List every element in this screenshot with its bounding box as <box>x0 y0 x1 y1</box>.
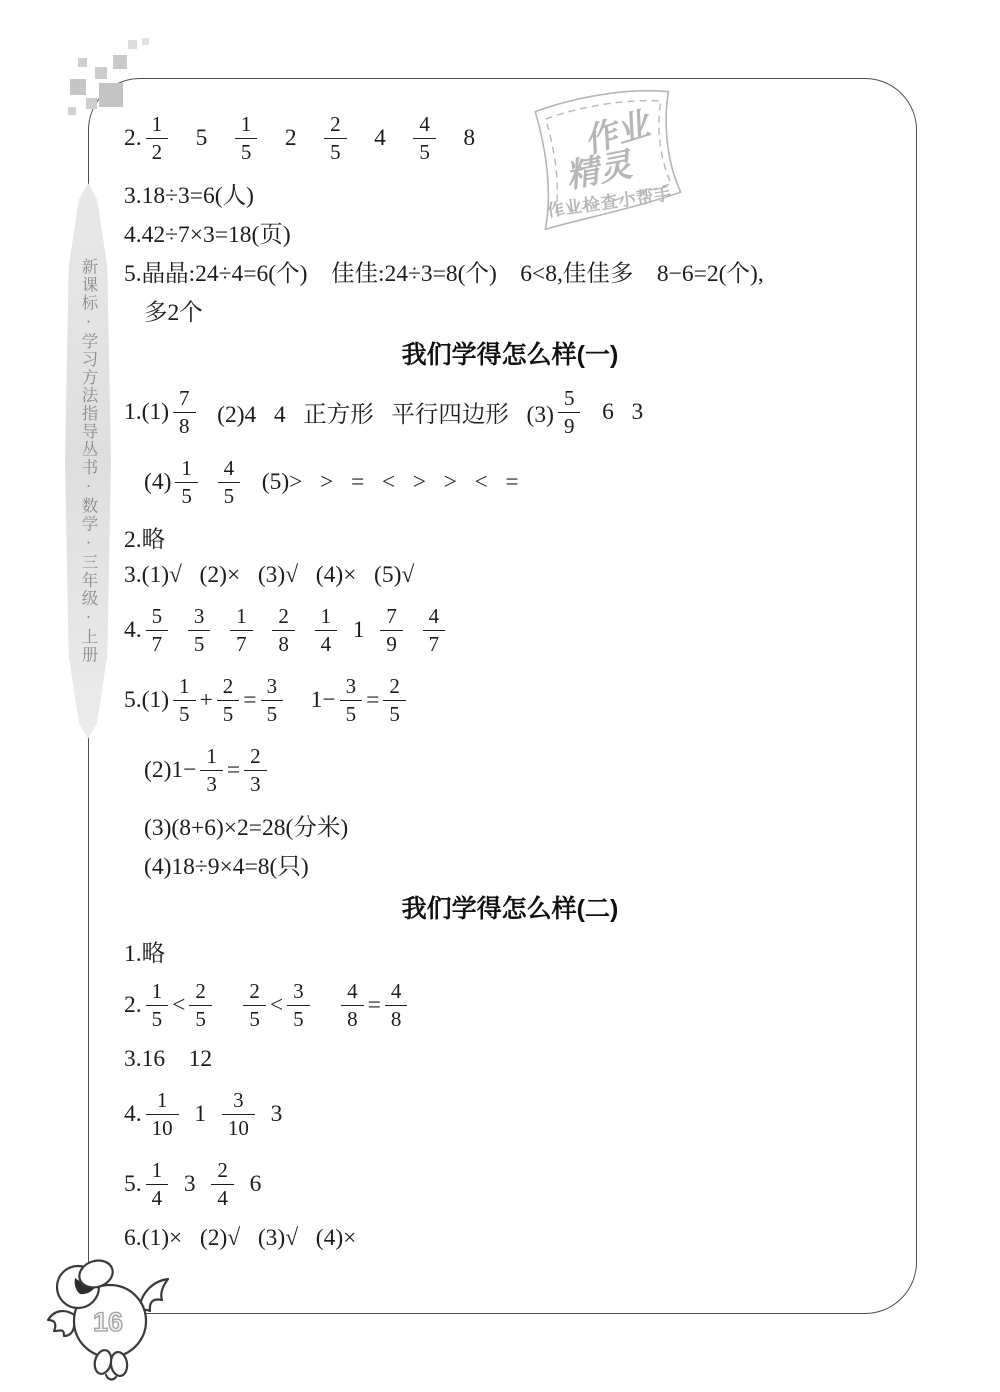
text-run: 5. <box>124 1171 142 1198</box>
fraction: 25 <box>324 113 347 162</box>
answer-line: 2.略 <box>124 517 896 556</box>
text-run: 5.晶晶:24÷4=6(个) 佳佳:24÷3=8(个) 6<8,佳佳多 8−6=… <box>124 254 764 288</box>
answer-line: 4.57 35 17 28 14 1 79 47 <box>124 595 896 665</box>
bird-mascot-icon: 16 <box>44 1254 176 1392</box>
answer-line: 6.(1)× (2)√ (3)√ (4)× <box>124 1219 896 1258</box>
fraction: 110 <box>146 1089 179 1138</box>
answer-content: 2.12 5 15 2 25 4 45 83.18÷3=6(人)4.42÷7×3… <box>124 103 896 1258</box>
text-run: (2)4 4 正方形 平行四边形 (3) <box>200 395 554 429</box>
text-run: 3.16 12 <box>124 1046 212 1073</box>
text-run: 3.18÷3=6(人) <box>124 176 254 210</box>
fraction: 48 <box>385 980 408 1029</box>
mosaic-square <box>95 67 107 79</box>
fraction: 47 <box>423 605 446 654</box>
mosaic-square <box>86 98 97 109</box>
text-run: 6 <box>238 1171 262 1198</box>
fraction: 35 <box>287 980 310 1029</box>
fraction: 310 <box>222 1089 255 1138</box>
fraction: 35 <box>188 605 211 654</box>
text-run: 1 <box>183 1101 218 1128</box>
text-run: = <box>366 687 379 714</box>
answer-line: 5.(1)15+25=35 1−35=25 <box>124 665 896 735</box>
text-run: = <box>227 757 240 784</box>
answer-line: 5.14 3 24 6 <box>124 1149 896 1219</box>
text-run: 1.略 <box>124 934 165 968</box>
text-run: (4) <box>144 469 171 496</box>
text-run: 4.42÷7×3=18(页) <box>124 215 291 249</box>
text-run: 3 <box>172 1171 207 1198</box>
fraction: 15 <box>173 675 196 724</box>
answer-line: 3.16 12 <box>124 1040 896 1079</box>
text-run <box>216 992 240 1019</box>
text-run: 3 <box>259 1101 283 1128</box>
text-run <box>407 617 419 644</box>
fraction: 25 <box>189 980 212 1029</box>
fraction: 35 <box>340 675 363 724</box>
answer-line: 4.110 1 310 3 <box>124 1079 896 1149</box>
text-run: (5)> > = < > > < = <box>244 469 518 496</box>
fraction: 57 <box>146 605 169 654</box>
answer-line: 1.略 <box>124 931 896 970</box>
text-run <box>314 992 338 1019</box>
page-number: 16 <box>93 1307 123 1337</box>
text-run: 2.略 <box>124 520 165 554</box>
mosaic-square <box>70 79 86 95</box>
fraction: 13 <box>200 745 223 794</box>
fraction: 28 <box>272 605 295 654</box>
fraction: 12 <box>146 113 169 162</box>
answer-line: 2.15<25 25<35 48=48 <box>124 970 896 1040</box>
fraction: 15 <box>175 457 198 506</box>
sidebar-series-banner: 新课标·学习方法指导丛书·数学·三年级·上册 <box>65 183 111 739</box>
fraction: 17 <box>230 605 253 654</box>
text-run: 多2个 <box>144 293 203 327</box>
text-run: 2. <box>124 992 142 1019</box>
text-run: (4)18÷9×4=8(只) <box>144 847 309 881</box>
fraction: 25 <box>383 675 406 724</box>
text-run <box>299 617 311 644</box>
mosaic-square <box>99 83 123 107</box>
homework-sprite-stamp: 作业 精灵 作业检查小帮手 <box>516 78 696 249</box>
answer-line: 3.18÷3=6(人) <box>124 173 896 212</box>
mosaic-square <box>68 107 76 115</box>
text-run: 5 <box>172 125 231 152</box>
fraction: 78 <box>173 387 196 436</box>
answer-line: 3.(1)√ (2)× (3)√ (4)× (5)√ <box>124 556 896 595</box>
text-run: + <box>200 687 213 714</box>
text-run: (3)(8+6)×2=28(分米) <box>144 808 348 842</box>
text-run: 8 <box>440 125 475 152</box>
fraction: 48 <box>341 980 364 1029</box>
text-run: (2)1− <box>144 757 196 784</box>
text-run: 5.(1) <box>124 687 169 714</box>
fraction: 45 <box>413 113 436 162</box>
fraction: 14 <box>146 1159 169 1208</box>
answer-line: 1.(1)78 (2)4 4 正方形 平行四边形 (3)59 6 3 <box>124 377 896 447</box>
answer-line: 5.晶晶:24÷4=6(个) 佳佳:24÷3=8(个) 6<8,佳佳多 8−6=… <box>124 251 896 290</box>
sidebar-series-title: 新课标·学习方法指导丛书·数学·三年级·上册 <box>76 258 100 664</box>
text-run: 4. <box>124 1101 142 1128</box>
answer-line: (4)15 45 (5)> > = < > > < = <box>124 447 896 517</box>
answer-line: (4)18÷9×4=8(只) <box>124 844 896 883</box>
text-run: 2. <box>124 125 142 152</box>
text-run: 2 <box>261 125 320 152</box>
text-run <box>257 617 269 644</box>
page-number-bird: 16 <box>44 1254 176 1392</box>
answer-line: (3)(8+6)×2=28(分米) <box>124 805 896 844</box>
text-run: 1.(1) <box>124 399 169 426</box>
mosaic-square <box>113 55 127 69</box>
text-run: = <box>368 992 381 1019</box>
text-run: 1− <box>287 687 336 714</box>
answer-line: 4.42÷7×3=18(页) <box>124 212 896 251</box>
fraction: 59 <box>558 387 581 436</box>
fraction: 45 <box>218 457 241 506</box>
fraction: 79 <box>380 605 403 654</box>
text-run: 1 <box>341 617 376 644</box>
text-run: 6.(1)× (2)√ (3)√ (4)× <box>124 1225 356 1252</box>
text-run <box>202 469 214 496</box>
text-run: = <box>243 687 256 714</box>
fraction: 15 <box>235 113 258 162</box>
text-run: 3.(1)√ (2)× (3)√ (4)× (5)√ <box>124 562 414 589</box>
text-run: 4. <box>124 617 142 644</box>
section-heading: 我们学得怎么样(一) <box>124 329 896 377</box>
answer-line: (2)1−13=23 <box>124 735 896 805</box>
answer-line: 2.12 5 15 2 25 4 45 8 <box>124 103 896 173</box>
text-run: 6 3 <box>584 399 643 426</box>
fraction: 25 <box>217 675 240 724</box>
answer-line: 多2个 <box>124 290 896 329</box>
section-heading: 我们学得怎么样(二) <box>124 883 896 931</box>
fraction: 15 <box>146 980 169 1029</box>
fraction: 14 <box>315 605 338 654</box>
fraction: 23 <box>244 745 267 794</box>
fraction: 24 <box>211 1159 234 1208</box>
text-run: < <box>270 992 283 1019</box>
text-run <box>214 617 226 644</box>
text-run: < <box>172 992 185 1019</box>
fraction: 35 <box>261 675 284 724</box>
text-run <box>172 617 184 644</box>
mosaic-square <box>78 58 87 67</box>
mosaic-square <box>142 38 149 45</box>
fraction: 25 <box>243 980 266 1029</box>
stamp-banner-icon: 作业 精灵 作业检查小帮手 <box>516 78 696 249</box>
text-run: 4 <box>351 125 410 152</box>
mosaic-square <box>128 40 137 49</box>
